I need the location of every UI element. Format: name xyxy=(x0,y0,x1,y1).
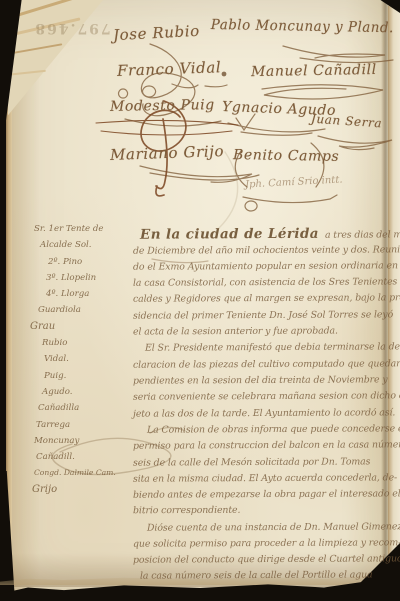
margin-attendee: Tarrega xyxy=(36,417,132,433)
body-line: que solicita permiso para proceder a la … xyxy=(133,537,400,549)
body-line: pendientes en la sesion del dia treinta … xyxy=(133,374,388,386)
body-line: biendo antes de empezarse la obra pagar … xyxy=(133,488,400,500)
margin-attendee: Grijo xyxy=(32,482,132,498)
bleedthrough-folio-number: 797.468 xyxy=(24,20,120,36)
body-line: sidencia del primer Teniente Dn. José So… xyxy=(133,309,393,321)
page-edge-wedge xyxy=(8,0,108,120)
signature-benito-camps: Benito Camps xyxy=(233,147,340,165)
body-line: sita en la misma ciudad. El Ayto acuerda… xyxy=(133,472,397,484)
body-line: Dióse cuenta de una instancia de Dn. Man… xyxy=(147,521,400,533)
body-line: de Diciembre del año mil ochocientos vei… xyxy=(133,244,400,256)
margin-attendee: 3º. Llopelin xyxy=(46,270,132,286)
margin-attendee: Cañadill. xyxy=(36,449,132,465)
margin-attendee: Cañadilla xyxy=(38,400,132,416)
margin-attendee: Agudo. xyxy=(42,384,132,400)
body-line: caldes y Regidores que al margen se expr… xyxy=(133,292,400,304)
body-line: la casa Consistorial, con asistencia de … xyxy=(133,276,400,289)
manuscript-photo: 797.468 Jose Rubio Pablo Moncunay y Plan… xyxy=(0,0,400,601)
margin-attendee-list: Sr. 1er Tente de Alcalde Sol. 2º. Pino 3… xyxy=(34,221,132,498)
signature-francisco-vidal: Franco Vidal xyxy=(117,58,222,80)
margin-attendee: Moncunay xyxy=(34,433,132,449)
margin-attendee: Congd. Dalmile Cam. xyxy=(34,465,132,481)
signature-manuel-canadill: Manuel Cañadill xyxy=(251,62,377,80)
body-line: La Comision de obras informa que puede c… xyxy=(147,423,400,435)
margin-attendee: Puig. xyxy=(44,368,132,384)
body-line: El Sr. Presidente manifestó que debia te… xyxy=(145,341,400,353)
margin-attendee: Vidal. xyxy=(44,351,132,367)
body-line: seria conveniente se celebrara mañana se… xyxy=(133,390,400,402)
margin-attendee: Rubio xyxy=(42,335,132,351)
act-opening-phrase: En la ciudad de Lérida xyxy=(140,226,319,243)
body-line: seis de la calle del Mesón solicitada po… xyxy=(133,456,370,468)
signature-modesto-puig: Modesto Puig xyxy=(110,97,215,115)
body-line: do el Exmo Ayuntamiento popular en sesio… xyxy=(133,260,398,272)
body-line: claracion de las piezas del cultivo comp… xyxy=(133,358,400,370)
margin-attendee: 2º. Pino xyxy=(48,254,132,270)
body-line: la casa número seis de la calle del Port… xyxy=(140,569,373,581)
body-line: el acta de la sesion anterior y fue apro… xyxy=(133,325,338,337)
margin-attendee: 4º. Llorga xyxy=(46,286,132,302)
signature-pablo-moncunay: Pablo Moncunay y Pland. xyxy=(211,17,394,36)
body-line: posicion del conducto que dirige desde e… xyxy=(133,553,400,565)
margin-attendee: Alcalde Sol. xyxy=(40,237,132,253)
body-line: En la ciudad de Léridaa tres dias del me… xyxy=(140,225,400,242)
body-line: permiso para la construccion del balcon … xyxy=(133,439,400,451)
margin-attendee: Guardiola xyxy=(38,302,132,318)
body-line: bitrio correspondiente. xyxy=(133,505,240,517)
body-line: jeto a las dos de la tarde. El Ayuntamie… xyxy=(133,407,395,419)
margin-attendee: Sr. 1er Tente de xyxy=(34,221,132,237)
body-line-text: a tres dias del mes xyxy=(325,229,400,240)
margin-attendee: Grau xyxy=(30,319,132,335)
